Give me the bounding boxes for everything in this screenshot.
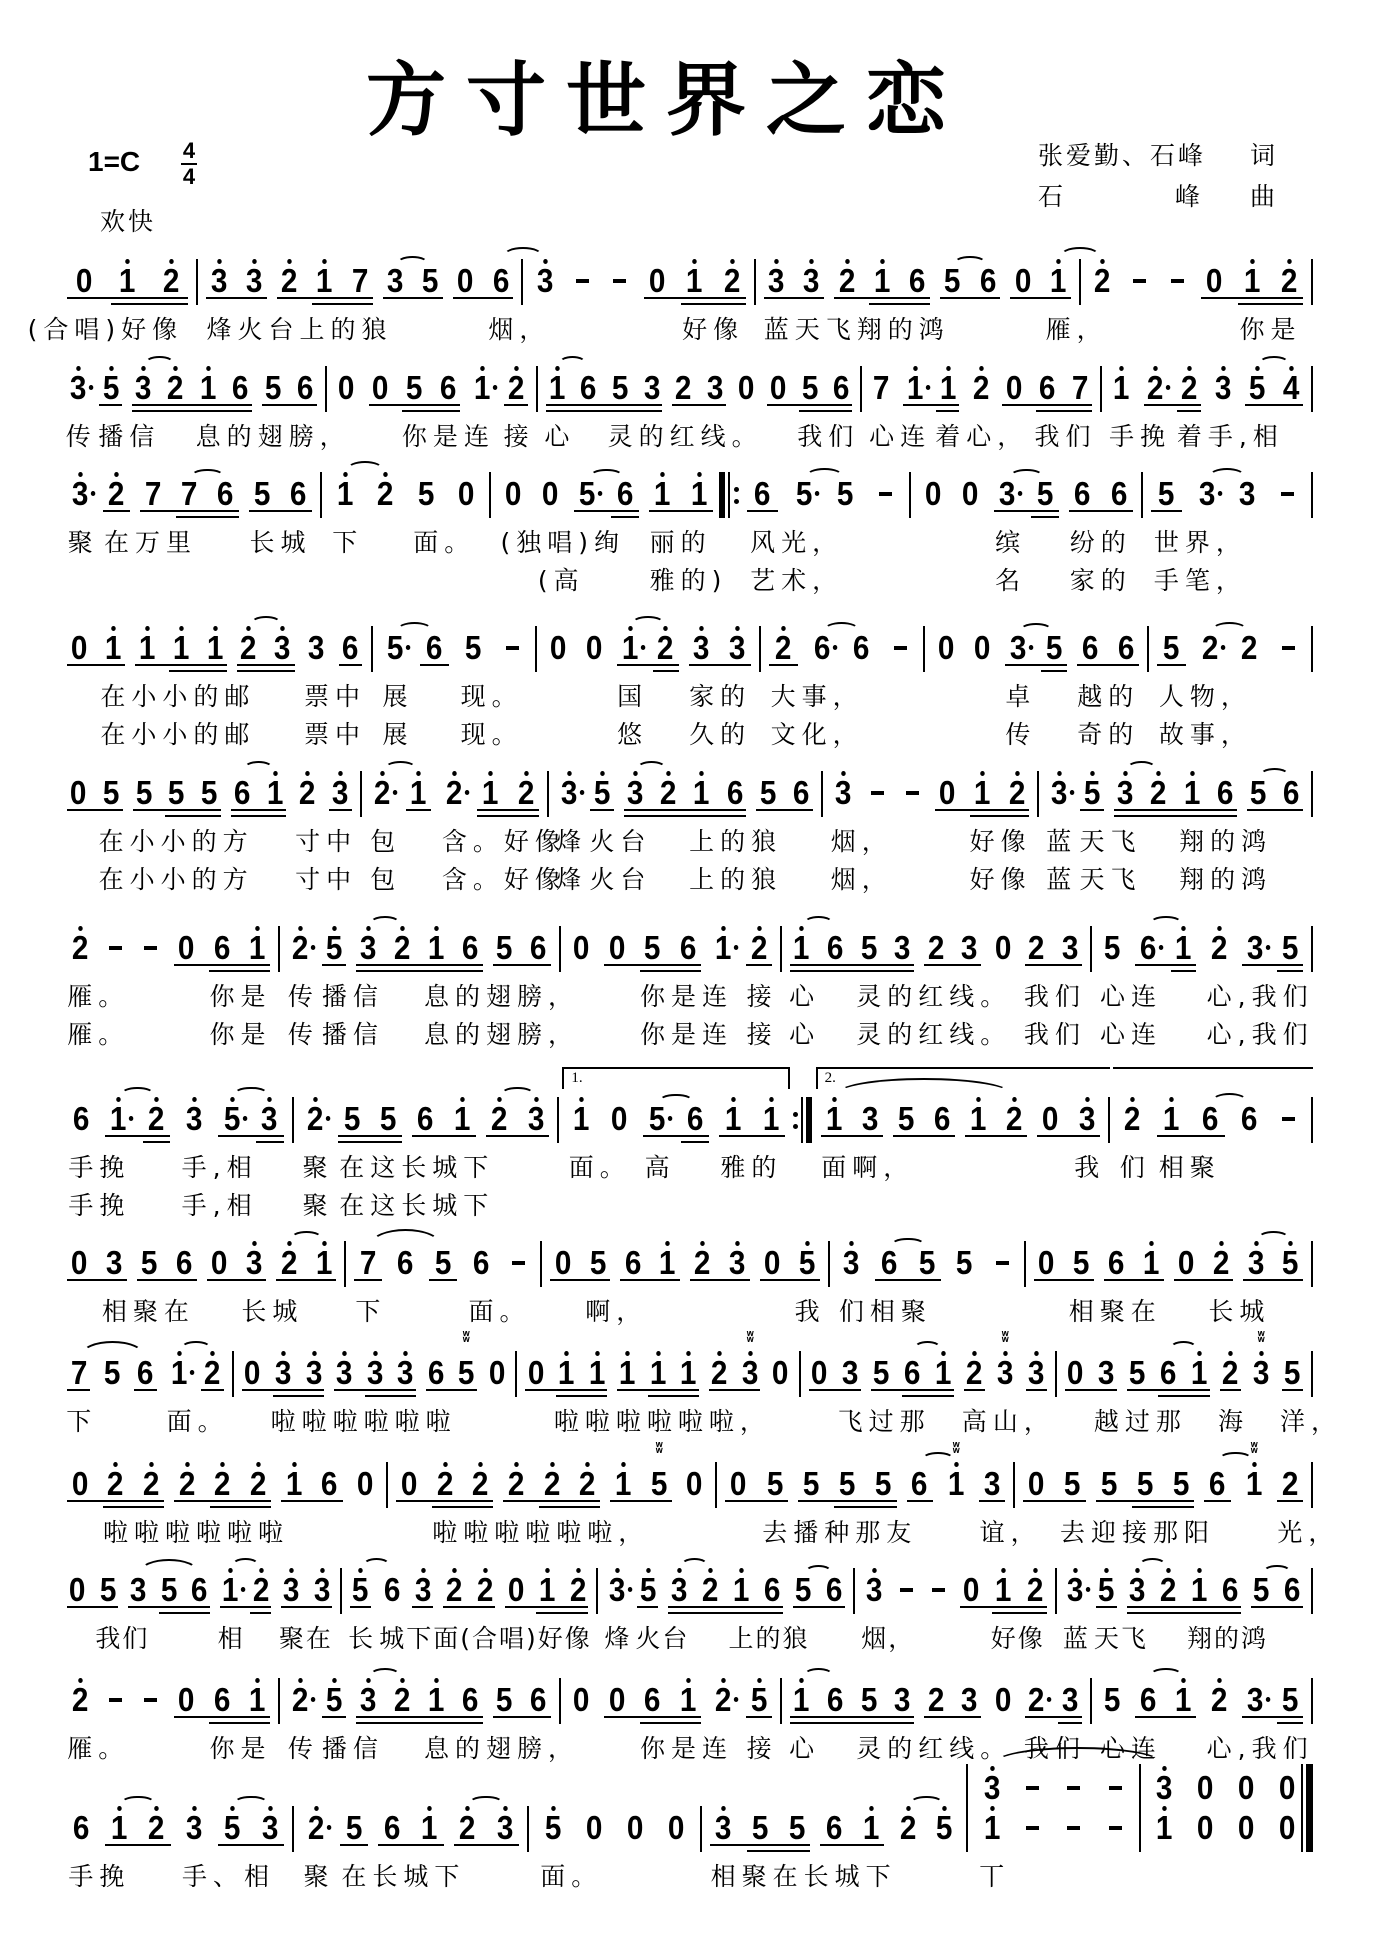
slur-arc <box>891 1238 925 1253</box>
note: 6 <box>1108 1246 1125 1280</box>
lyric-line: 蓝天飞翔的鸿 <box>1038 823 1312 861</box>
note: 6 <box>214 1683 231 1717</box>
high-octave-dot <box>551 1806 556 1811</box>
note: 2 <box>1147 371 1164 405</box>
note-cell: 3 <box>407 1560 438 1620</box>
note: 3 <box>671 1573 688 1607</box>
high-octave-dot <box>332 926 337 931</box>
note-cell: 2 <box>706 1670 742 1730</box>
note-cell: 1 <box>670 1670 706 1730</box>
note: 5 <box>612 371 629 405</box>
lyric-line: 啦啦啦啦啦啦 <box>233 1403 516 1441</box>
lyric-segment: 奇的 <box>1077 716 1139 754</box>
high-octave-dot <box>579 1097 584 1102</box>
thin-barline <box>1301 1764 1303 1852</box>
note-cell: 0 <box>348 1454 384 1514</box>
note-cell: 1 <box>531 1560 562 1620</box>
note-cell: 5 <box>94 358 126 418</box>
rhythm-underline <box>1163 1506 1194 1508</box>
note-cell: 6 <box>62 1798 100 1858</box>
high-octave-dot <box>452 1568 457 1573</box>
slur-arc <box>824 622 859 637</box>
lyric-segment: 包 <box>370 823 401 861</box>
note-cell: 1 <box>898 358 931 418</box>
note: 1ʬ <box>948 1467 965 1501</box>
rhythm-underline <box>1184 1612 1215 1614</box>
note-cell: 5 <box>488 918 522 978</box>
rhythm-underline <box>159 410 191 412</box>
note: 5 <box>224 1102 241 1136</box>
sustain-dash <box>512 1261 525 1265</box>
note: 2 <box>292 931 309 965</box>
measure: 256123聚在长城下 <box>293 1798 528 1896</box>
slur-arc <box>181 1341 210 1355</box>
high-octave-dot <box>692 259 697 264</box>
lyric-segment: 传 <box>288 978 319 1016</box>
note-cell: 3 <box>298 1343 329 1403</box>
staff-row: 012(合唱)好像332173506烽火台上的狼烟，3012好像33216560… <box>58 251 1312 349</box>
repeat-dot <box>793 1112 798 1117</box>
slur-arc <box>922 1452 954 1466</box>
note: 1 <box>995 1573 1012 1607</box>
note-cell: 1 <box>198 618 232 678</box>
note: 1 <box>619 1356 636 1390</box>
note: 0 <box>938 631 955 665</box>
high-octave-dot <box>145 626 150 631</box>
barline <box>1311 259 1313 305</box>
lyric-segment: 心,我们 <box>1207 978 1314 1016</box>
rhythm-underline <box>936 410 959 412</box>
lyric-segment: 长城 <box>241 1293 303 1331</box>
barline <box>1311 1351 1313 1397</box>
note: 5 <box>224 1811 241 1845</box>
note: 5 <box>168 776 185 810</box>
high-octave-dot <box>1259 1351 1264 1356</box>
augmentation-dot <box>1070 790 1075 795</box>
augmentation-dot <box>326 1116 331 1121</box>
notes-area: 3012 <box>822 763 1038 823</box>
lyric-segment: 上的狼 <box>689 861 782 899</box>
rhythm-underline <box>1175 815 1208 817</box>
lyric-segment: 手,相 <box>182 1187 258 1225</box>
note: 5 <box>326 931 343 965</box>
high-octave-dot <box>268 1806 273 1811</box>
note: 3 <box>497 1811 514 1845</box>
note-cell <box>98 918 134 978</box>
lyric-segment: 风光， <box>750 524 843 562</box>
note-cell: 0 <box>762 358 794 418</box>
note: 5 <box>644 931 661 965</box>
lyric-line: 雁。你是 <box>58 978 279 1016</box>
note: 3 <box>894 1683 911 1717</box>
note: 1 <box>680 1683 697 1717</box>
note-cell: 0 <box>1226 1798 1267 1858</box>
high-octave-dot <box>206 366 211 371</box>
note: 6 <box>680 931 697 965</box>
notes-area: 3277656 <box>58 464 321 524</box>
high-octave-dot <box>320 1568 325 1573</box>
lyric-line: (高雅的) <box>490 562 722 600</box>
measure: 3655们相聚 <box>829 1233 1025 1331</box>
note: 6 <box>814 631 831 665</box>
high-octave-dot <box>1255 366 1260 371</box>
augmentation-dot <box>641 645 646 650</box>
note: 1 <box>286 1467 303 1501</box>
notes-area: 332173506 <box>197 251 522 311</box>
barline <box>1311 1462 1313 1508</box>
note-cell: 3 <box>324 763 357 823</box>
note: 3 <box>894 931 911 965</box>
lyric-segment: 海 <box>1218 1403 1249 1441</box>
high-octave-dot <box>478 1462 483 1467</box>
note-cell: 2 <box>685 1233 720 1293</box>
high-octave-dot <box>550 1462 555 1467</box>
note: 2 <box>751 931 768 965</box>
slur-arc <box>681 1558 708 1572</box>
note-cell: 5 <box>779 1798 816 1858</box>
lyric-line: 世界， <box>1142 524 1312 562</box>
note: 5 <box>837 477 854 511</box>
note-cell: 6 <box>280 464 316 524</box>
high-octave-dot <box>768 1097 773 1102</box>
high-octave-dot <box>1219 1241 1224 1246</box>
note: 3 <box>305 1356 322 1390</box>
voice: 0555561ʬ2 <box>1014 1454 1312 1514</box>
note: 1 <box>558 1356 575 1390</box>
note-cell: 1 <box>1152 1089 1191 1149</box>
lyric-segment: 面。 <box>468 1293 530 1331</box>
note-cell: 6 <box>785 763 818 823</box>
voice: 1000 <box>1140 1798 1312 1858</box>
high-octave-dot <box>665 1241 670 1246</box>
measure: 25321656传播信息的翅膀， <box>279 1670 559 1768</box>
notes-area: 05612305 <box>541 1233 828 1293</box>
high-octave-dot <box>287 1241 292 1246</box>
measure: 03560321相聚在长城 <box>58 1233 345 1331</box>
lyric-line: 展现。 <box>372 716 536 754</box>
note-cell: 3 <box>268 1343 299 1403</box>
slur-arc <box>140 1559 197 1584</box>
measure: 03333365ʬ0啦啦啦啦啦啦 <box>233 1343 516 1441</box>
trill-mark: ʬ <box>1250 1441 1257 1456</box>
barline <box>1311 926 1313 972</box>
high-octave-dot <box>700 1241 705 1246</box>
rhythm-underline <box>150 303 189 305</box>
high-octave-dot <box>125 259 130 264</box>
note-cell: 5 <box>1054 1454 1090 1514</box>
note: 2 <box>1028 931 1045 965</box>
note-cell: 3 <box>62 464 98 524</box>
note-cell: 3 <box>176 1798 214 1858</box>
lyric-line: 你是连接 <box>560 1016 781 1054</box>
note-cell: 5 <box>1163 1454 1199 1514</box>
lyric-segment: 下 <box>332 524 363 562</box>
note: 0 <box>1197 1811 1214 1845</box>
high-octave-dot <box>480 366 485 371</box>
note-cell: 0 <box>731 358 763 418</box>
lyric-line: 悠久的 <box>536 716 760 754</box>
sustain-dash <box>1026 1826 1039 1830</box>
note: 6 <box>73 1811 90 1845</box>
note: 1 <box>659 1246 676 1280</box>
rhythm-underline <box>640 1722 671 1724</box>
note-cell: 2 <box>534 1454 570 1514</box>
note-cell: 6 <box>900 251 935 311</box>
note: 3 <box>627 776 644 810</box>
high-octave-dot <box>621 1462 626 1467</box>
rhythm-underline <box>624 815 652 817</box>
note: 5ʬ <box>458 1356 475 1390</box>
notes-area: 2061 <box>58 1670 279 1730</box>
lyric-line: 缤纷的 <box>910 524 1142 562</box>
note: 1 <box>1050 264 1067 298</box>
note: 1 <box>1183 776 1200 810</box>
note: 3 <box>1199 477 1216 511</box>
note: 5 <box>1163 631 1180 665</box>
note: 5 <box>751 1683 768 1717</box>
high-octave-dot <box>1073 1568 1078 1573</box>
high-octave-dot <box>708 1568 713 1573</box>
note: 5 <box>875 1467 892 1501</box>
notes-area: 005612 <box>326 358 537 418</box>
high-octave-dot <box>880 259 885 264</box>
rhythm-underline <box>477 815 508 817</box>
note: 5 <box>136 776 153 810</box>
note-cell: 0 <box>1169 1233 1204 1293</box>
note: 3 <box>1247 1246 1264 1280</box>
rhythm-underline <box>902 1395 928 1397</box>
note-cell: 1 <box>164 618 198 678</box>
lyric-line: 我们相聚在 <box>58 1620 341 1658</box>
slur-arc <box>363 1558 390 1572</box>
lyric-segment: 现。 <box>461 678 523 716</box>
note: 3 <box>1050 776 1067 810</box>
note: 5 <box>141 1246 158 1280</box>
rhythm-underline <box>865 1506 896 1508</box>
lyric-segment: 我们 <box>1024 1016 1086 1054</box>
high-octave-dot <box>321 1241 326 1246</box>
barline <box>1311 366 1313 412</box>
note-cell: 0 <box>1185 1798 1226 1858</box>
lyric-line: 越过那海洋， <box>1056 1403 1312 1441</box>
voice: 1250 <box>321 464 491 524</box>
note-cell: 6 <box>815 1798 852 1858</box>
note: 1 <box>110 1102 127 1136</box>
high-octave-dot <box>1181 926 1186 931</box>
voice: 055556123 <box>58 763 361 823</box>
measure: 005611(独唱)绚丽的(高雅的) <box>490 464 722 600</box>
note: 0 <box>1238 1811 1255 1845</box>
lyric-segment: 长 <box>348 1620 375 1658</box>
augmentation-dot <box>406 645 411 650</box>
note: 1 <box>249 1683 266 1717</box>
note-cell: 5 <box>370 1089 407 1149</box>
note-cell: 0 <box>202 1233 237 1293</box>
lyric-line: 相聚在长城下 <box>701 1858 967 1896</box>
note-cell: 2 <box>919 918 953 978</box>
rhythm-underline <box>546 410 573 412</box>
rhythm-underline <box>886 970 915 972</box>
voice: 332173506 <box>197 251 522 311</box>
note-cell: 6 <box>289 358 321 418</box>
lyric-segment: 越的 <box>1077 678 1139 716</box>
note: 0 <box>995 1683 1012 1717</box>
augmentation-dot <box>1019 491 1024 496</box>
note-cell: 3 <box>601 1560 632 1620</box>
lyric-segment: 手笔， <box>1154 562 1247 600</box>
note: 0 <box>542 477 559 511</box>
measure: 3012好像 <box>522 251 754 349</box>
repeat-dot <box>793 1124 798 1129</box>
lyric-segment: 包 <box>370 861 401 899</box>
note-cell: 0 <box>614 1798 655 1858</box>
lyric-line: 手挽手,相 <box>58 1149 293 1187</box>
high-octave-dot <box>1189 771 1194 776</box>
high-octave-dot <box>980 771 985 776</box>
lyricist-role: 词 <box>1250 140 1275 172</box>
note: 6 <box>1209 1467 1226 1501</box>
augmentation-dot <box>130 1116 135 1121</box>
note: 0 <box>527 1356 544 1390</box>
high-octave-dot <box>292 1462 297 1467</box>
high-octave-dot <box>1162 1806 1167 1811</box>
rhythm-underline <box>1208 815 1236 817</box>
rhythm-underline <box>259 815 287 817</box>
high-octave-dot <box>576 1568 581 1573</box>
note: 5 <box>380 1102 397 1136</box>
note-cell: 3 <box>552 763 585 823</box>
note-cell: 3 <box>300 618 334 678</box>
sustain-dash <box>1282 646 1295 650</box>
high-octave-dot <box>677 1568 682 1573</box>
note: 5 <box>760 776 777 810</box>
note: 6 <box>530 931 547 965</box>
note-cell: 0 <box>62 618 96 678</box>
note: 6 <box>827 1683 844 1717</box>
note: 2 <box>281 1246 298 1280</box>
lyric-line: 心灵的红线。我们 <box>781 978 1091 1016</box>
rhythm-underline <box>209 970 240 972</box>
note: 0 <box>1028 1467 1045 1501</box>
rhythm-underline <box>419 1722 453 1724</box>
note-cell: 5 <box>95 763 128 823</box>
note: 0 <box>573 931 590 965</box>
lyric-segment: 长城 <box>1208 1293 1270 1331</box>
note-cell <box>865 464 906 524</box>
lyric-segment: 丽的 <box>650 524 712 562</box>
note: 0 <box>686 1467 703 1501</box>
note-cell: 2 <box>283 918 317 978</box>
high-octave-dot <box>514 366 519 371</box>
lyric-segment: 们 <box>1120 1149 1151 1187</box>
high-octave-dot <box>805 1241 810 1246</box>
note: 2 <box>899 1811 916 1845</box>
high-octave-dot <box>1084 1097 1089 1102</box>
lyric-segment: 相聚在 <box>1069 1293 1162 1331</box>
rhythm-underline <box>1238 303 1270 305</box>
note-cell: 2 <box>1113 1089 1152 1149</box>
note-cell: 6 <box>421 1343 452 1403</box>
high-octave-dot <box>342 1351 347 1356</box>
note-cell: 3 <box>1053 1670 1087 1730</box>
measure: 005612你是连接你是连接 <box>560 918 781 1054</box>
high-octave-dot <box>869 1806 874 1811</box>
note: 1 <box>874 264 891 298</box>
note: 0 <box>244 1356 261 1390</box>
note: 0 <box>69 1573 86 1607</box>
note-cell: 2 <box>1201 1670 1237 1730</box>
note: 2 <box>163 264 180 298</box>
note: 0 <box>71 631 88 665</box>
high-octave-dot <box>646 1568 651 1573</box>
high-octave-dot <box>595 1351 600 1356</box>
high-octave-dot <box>686 1351 691 1356</box>
high-octave-dot <box>757 1678 762 1683</box>
note-cell: 5 <box>865 1454 901 1514</box>
high-octave-dot <box>289 1568 294 1573</box>
high-octave-dot <box>1100 259 1105 264</box>
note: 6 <box>827 931 844 965</box>
high-octave-dot <box>154 1097 159 1102</box>
note: 1 <box>139 631 156 665</box>
voice: 053561233 <box>58 1560 341 1620</box>
note: 6 <box>232 371 249 405</box>
note: 2 <box>167 371 184 405</box>
note-cell: 5 <box>317 1670 351 1730</box>
lyric-segment: 纷的 <box>1070 524 1132 562</box>
high-octave-dot <box>831 1097 836 1102</box>
note: 2 <box>459 1811 476 1845</box>
note-cell: 6 <box>167 1233 202 1293</box>
staff-row: 053561233我们相聚在56322012长城下面(合唱)好像35321656… <box>58 1560 1312 1658</box>
note-cell: 5 <box>257 358 289 418</box>
note: 2 <box>1213 1246 1230 1280</box>
time-signature: 4 4 <box>178 140 200 188</box>
measure: 2012你是 <box>1080 251 1312 349</box>
note: 6 <box>617 477 634 511</box>
measure: 005612你是连接 <box>326 358 537 456</box>
high-octave-dot <box>615 1568 620 1573</box>
lyric-segment: 啦啦啦啦啦啦， <box>432 1514 649 1552</box>
note: 3 <box>106 1246 123 1280</box>
high-octave-dot <box>400 926 405 931</box>
note: 2 <box>292 1683 309 1717</box>
note-cell <box>1094 1798 1135 1858</box>
note-cell: 3 <box>886 1670 920 1730</box>
measure: 266大事，文化， <box>760 618 924 754</box>
note-cell <box>1268 464 1308 524</box>
note: 3 <box>528 1102 545 1136</box>
note: 2 <box>299 776 316 810</box>
note: 6 <box>1074 477 1091 511</box>
note-cell: 6 <box>826 358 858 418</box>
high-octave-dot <box>524 771 529 776</box>
note: 2 <box>928 1683 945 1717</box>
note-cell: 2 <box>436 763 472 823</box>
barline <box>1311 626 1313 672</box>
rhythm-underline <box>207 516 238 518</box>
notes-area: 0555561ʬ2 <box>1014 1454 1312 1514</box>
slur-arc <box>291 1231 322 1245</box>
slur-arc <box>804 916 834 930</box>
augmentation-dot <box>1266 945 1271 950</box>
note-cell: 1 <box>965 763 1000 823</box>
note-cell: 3ʬ <box>990 1343 1021 1403</box>
note: 5 <box>344 1102 361 1136</box>
note-cell: 5 <box>193 763 226 823</box>
note: 6 <box>342 631 359 665</box>
note-cell: 2 <box>829 251 864 311</box>
